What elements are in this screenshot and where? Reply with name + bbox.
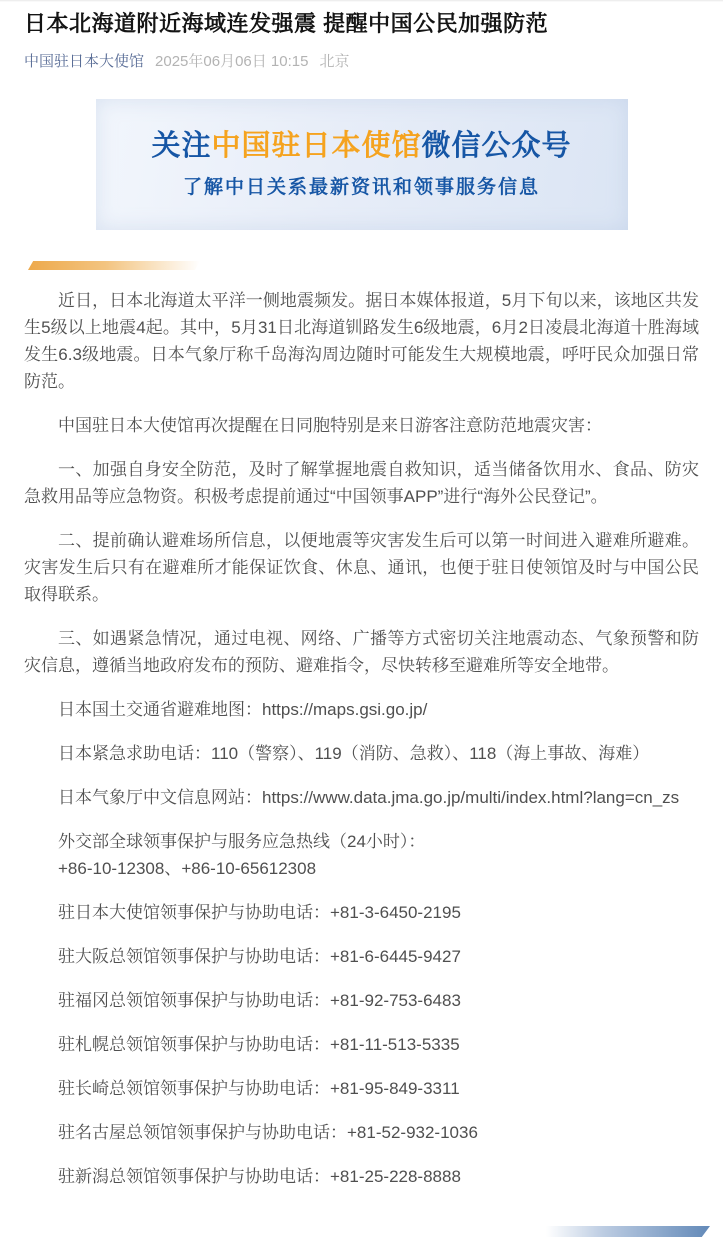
banner-headline-prefix: 关注 xyxy=(151,130,211,162)
paragraph-tip-2-shelter: 二、提前确认避难场所信息，以便地震等灾害发生后可以第一时间进入避难所避难。灾害发… xyxy=(24,527,699,608)
paragraph-consulate-niigata-phone: 驻新潟总领馆领事保护与协助电话：+81-25-228-8888 xyxy=(24,1163,699,1190)
byline: 中国驻日本大使馆 2025年06月06日 10:15 北京 xyxy=(0,40,723,71)
paragraph-intro-earthquakes: 近日，日本北海道太平洋一侧地震频发。据日本媒体报道，5月下旬以来，该地区共发生5… xyxy=(24,287,699,395)
top-edge-shadow xyxy=(0,0,723,2)
publish-location: 北京 xyxy=(319,52,349,71)
article-title: 日本北海道附近海域连发强震 提醒中国公民加强防范 xyxy=(0,0,723,40)
paragraph-consulate-sapporo-phone: 驻札幌总领馆领事保护与协助电话：+81-11-513-5335 xyxy=(24,1031,699,1058)
paragraph-jma-chinese-site-url: 日本气象厅中文信息网站：https://www.data.jma.go.jp/m… xyxy=(24,784,699,811)
paragraph-mfa-hotline-numbers: +86-10-12308、+86-10-65612308 xyxy=(24,855,699,882)
blue-accent-bar xyxy=(546,1226,710,1237)
wechat-follow-banner-image[interactable]: 关注中国驻日本使馆微信公众号 了解中日关系最新资讯和领事服务信息 xyxy=(96,99,628,230)
paragraph-reminder-lead: 中国驻日本大使馆再次提醒在日同胞特别是来日游客注意防范地震灾害： xyxy=(24,412,699,439)
banner-headline-suffix: 微信公众号 xyxy=(422,130,572,162)
paragraph-japan-emergency-numbers: 日本紧急求助电话：110（警察）、119（消防、急救）、118（海上事故、海难） xyxy=(24,740,699,767)
paragraph-tip-3-emergency-info: 三、如遇紧急情况，通过电视、网络、广播等方式密切关注地震动态、气象预警和防灾信息… xyxy=(24,625,699,679)
paragraph-evacuation-map-url: 日本国土交通省避难地图：https://maps.gsi.go.jp/ xyxy=(24,696,699,723)
paragraph-consulate-fukuoka-phone: 驻福冈总领馆领事保护与协助电话：+81-92-753-6483 xyxy=(24,987,699,1014)
paragraph-embassy-tokyo-phone: 驻日本大使馆领事保护与协助电话：+81-3-6450-2195 xyxy=(24,899,699,926)
paragraph-consulate-nagoya-phone: 驻名古屋总领馆领事保护与协助电话：+81-52-932-1036 xyxy=(24,1119,699,1146)
gold-accent-bar xyxy=(28,261,200,270)
banner-headline-highlight: 中国驻日本使馆 xyxy=(211,130,421,162)
account-name-link[interactable]: 中国驻日本大使馆 xyxy=(24,52,144,71)
banner-subheadline: 了解中日关系最新资讯和领事服务信息 xyxy=(183,172,540,199)
paragraph-consulate-nagasaki-phone: 驻长崎总领馆领事保护与协助电话：+81-95-849-3311 xyxy=(24,1075,699,1102)
publish-datetime: 2025年06月06日 10:15 xyxy=(155,52,308,71)
banner-headline: 关注中国驻日本使馆微信公众号 xyxy=(151,130,571,163)
paragraph-consulate-osaka-phone: 驻大阪总领馆领事保护与协助电话：+81-6-6445-9427 xyxy=(24,943,699,970)
paragraph-tip-1-preparedness: 一、加强自身安全防范，及时了解掌握地震自救知识，适当储备饮用水、食品、防灾急救用… xyxy=(24,456,699,510)
article-body: 近日，日本北海道太平洋一侧地震频发。据日本媒体报道，5月下旬以来，该地区共发生5… xyxy=(0,270,723,1190)
paragraph-mfa-hotline-title: 外交部全球领事保护与服务应急热线（24小时）： xyxy=(24,828,699,855)
article-page: 日本北海道附近海域连发强震 提醒中国公民加强防范 中国驻日本大使馆 2025年0… xyxy=(0,0,723,1242)
